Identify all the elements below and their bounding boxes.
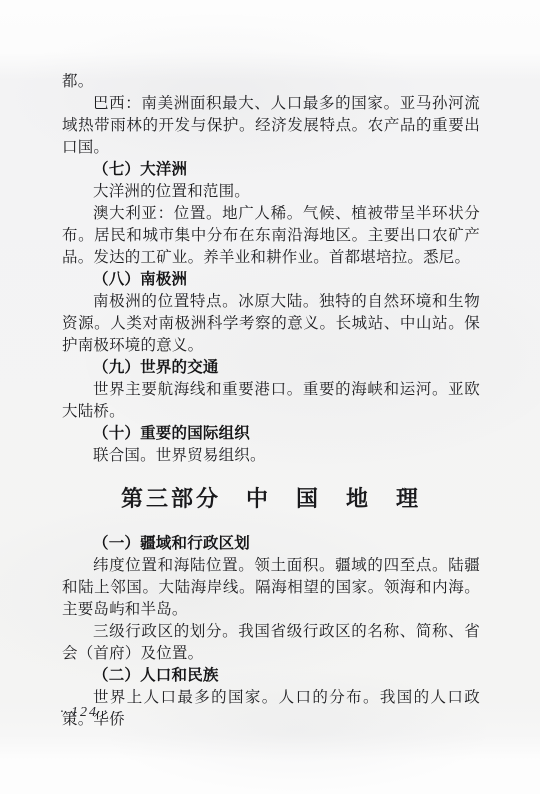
heading-international-organizations: （十）重要的国际组织 xyxy=(62,423,480,445)
paragraph-administrative-divisions: 三级行政区的划分。我国省级行政区的名称、简称、省会（首府）及位置。 xyxy=(62,621,480,665)
heading-population-ethnic-groups: （二）人口和民族 xyxy=(62,665,480,687)
paragraph-oceania-scope: 大洋洲的位置和范围。 xyxy=(62,181,480,203)
paragraph-world-transport: 世界主要航海线和重要港口。重要的海峡和运河。亚欧大陆桥。 xyxy=(62,379,480,423)
page-text-block: 都。 巴西：南美洲面积最大、人口最多的国家。亚马孙河流域热带雨林的开发与保护。经… xyxy=(62,71,480,731)
paragraph-brazil: 巴西：南美洲面积最大、人口最多的国家。亚马孙河流域热带雨林的开发与保护。经济发展… xyxy=(62,93,480,159)
heading-antarctica: （八）南极洲 xyxy=(62,269,480,291)
paragraph-australia: 澳大利亚：位置。地广人稀。气候、植被带呈半环状分布。居民和城市集中分布在东南沿海… xyxy=(62,203,480,269)
scanned-book-page: 都。 巴西：南美洲面积最大、人口最多的国家。亚马孙河流域热带雨林的开发与保护。经… xyxy=(0,0,540,794)
heading-oceania: （七）大洋洲 xyxy=(62,159,480,181)
paragraph-population: 世界上人口最多的国家。人口的分布。我国的人口政策。华侨 xyxy=(62,687,480,731)
paragraph-continuation: 都。 xyxy=(62,71,480,93)
heading-territory-administration: （一）疆域和行政区划 xyxy=(62,533,480,555)
paragraph-international-organizations: 联合国。世界贸易组织。 xyxy=(62,445,480,467)
page-number: · 124 · xyxy=(60,704,109,722)
paragraph-antarctica: 南极洲的位置特点。冰原大陆。独特的自然环境和生物资源。人类对南极洲科学考察的意义… xyxy=(62,291,480,357)
heading-world-transport: （九）世界的交通 xyxy=(62,357,480,379)
section-title-china-geography: 第三部分 中 国 地 理 xyxy=(62,486,480,512)
paragraph-territory: 纬度位置和海陆位置。领土面积。疆域的四至点。陆疆和陆上邻国。大陆海岸线。隔海相望… xyxy=(62,555,480,621)
